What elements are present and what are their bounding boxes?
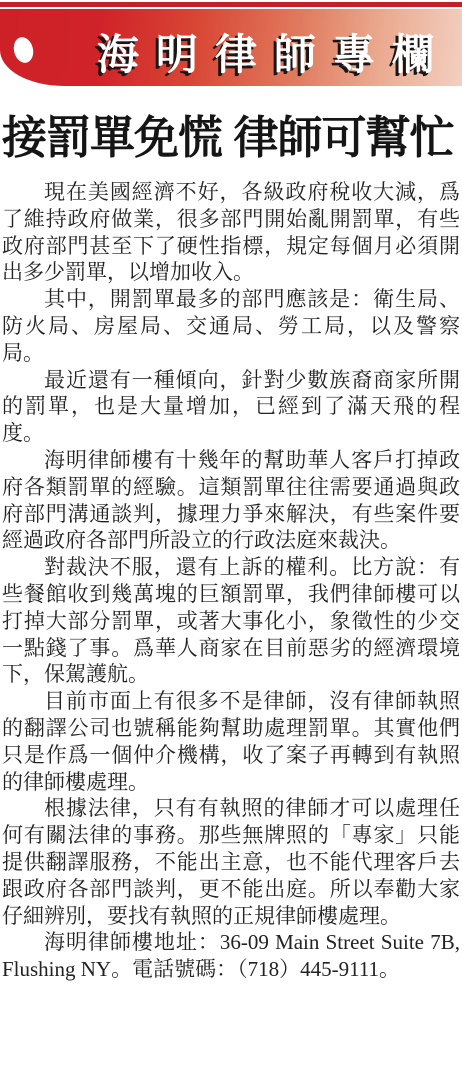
article-paragraph: 海明律師樓有十幾年的幫助華人客戶打掉政府各類罰單的經驗。這類罰單往往需要通過與政… <box>2 447 460 554</box>
article-body: 現在美國經濟不好，各級政府稅收大減，爲了維持政府做業，很多部門開始亂開罰單，有些… <box>0 179 462 983</box>
masthead-top-strip <box>0 2 462 7</box>
column-title: 海明律師專欄 <box>97 35 451 77</box>
article-paragraph: 對裁決不服，還有上訴的權利。比方說：有些餐館收到幾萬塊的巨額罰單，我們律師樓可以… <box>2 554 460 688</box>
article-headline: 接罰單免慌 律師可幫忙 <box>0 111 462 165</box>
article-paragraph: 根據法律，只有有執照的律師才可以處理任何有關法律的事務。那些無牌照的「專家」只能… <box>2 795 460 929</box>
bullet-oval-icon <box>11 35 36 65</box>
masthead-banner: 海明律師專欄 <box>0 9 462 86</box>
newspaper-column-page: 海明律師專欄 接罰單免慌 律師可幫忙 現在美國經濟不好，各級政府稅收大減，爲了維… <box>0 0 462 1083</box>
masthead: 海明律師專欄 <box>0 2 462 86</box>
article-paragraph: 現在美國經濟不好，各級政府稅收大減，爲了維持政府做業，很多部門開始亂開罰單，有些… <box>2 179 460 286</box>
article-paragraph: 最近還有一種傾向，針對少數族裔商家所開的罰單，也是大量增加，已經到了滿天飛的程度… <box>2 367 460 447</box>
article-paragraph: 目前市面上有很多不是律師，沒有律師執照的翻譯公司也號稱能夠幫助處理罰單。其實他們… <box>2 688 460 795</box>
article-paragraph: 其中，開罰單最多的部門應該是：衛生局、防火局、房屋局、交通局、勞工局，以及警察局… <box>2 286 460 366</box>
article-paragraph-contact: 海明律師樓地址：36-09 Main Street Suite 7B, Flus… <box>2 929 460 983</box>
